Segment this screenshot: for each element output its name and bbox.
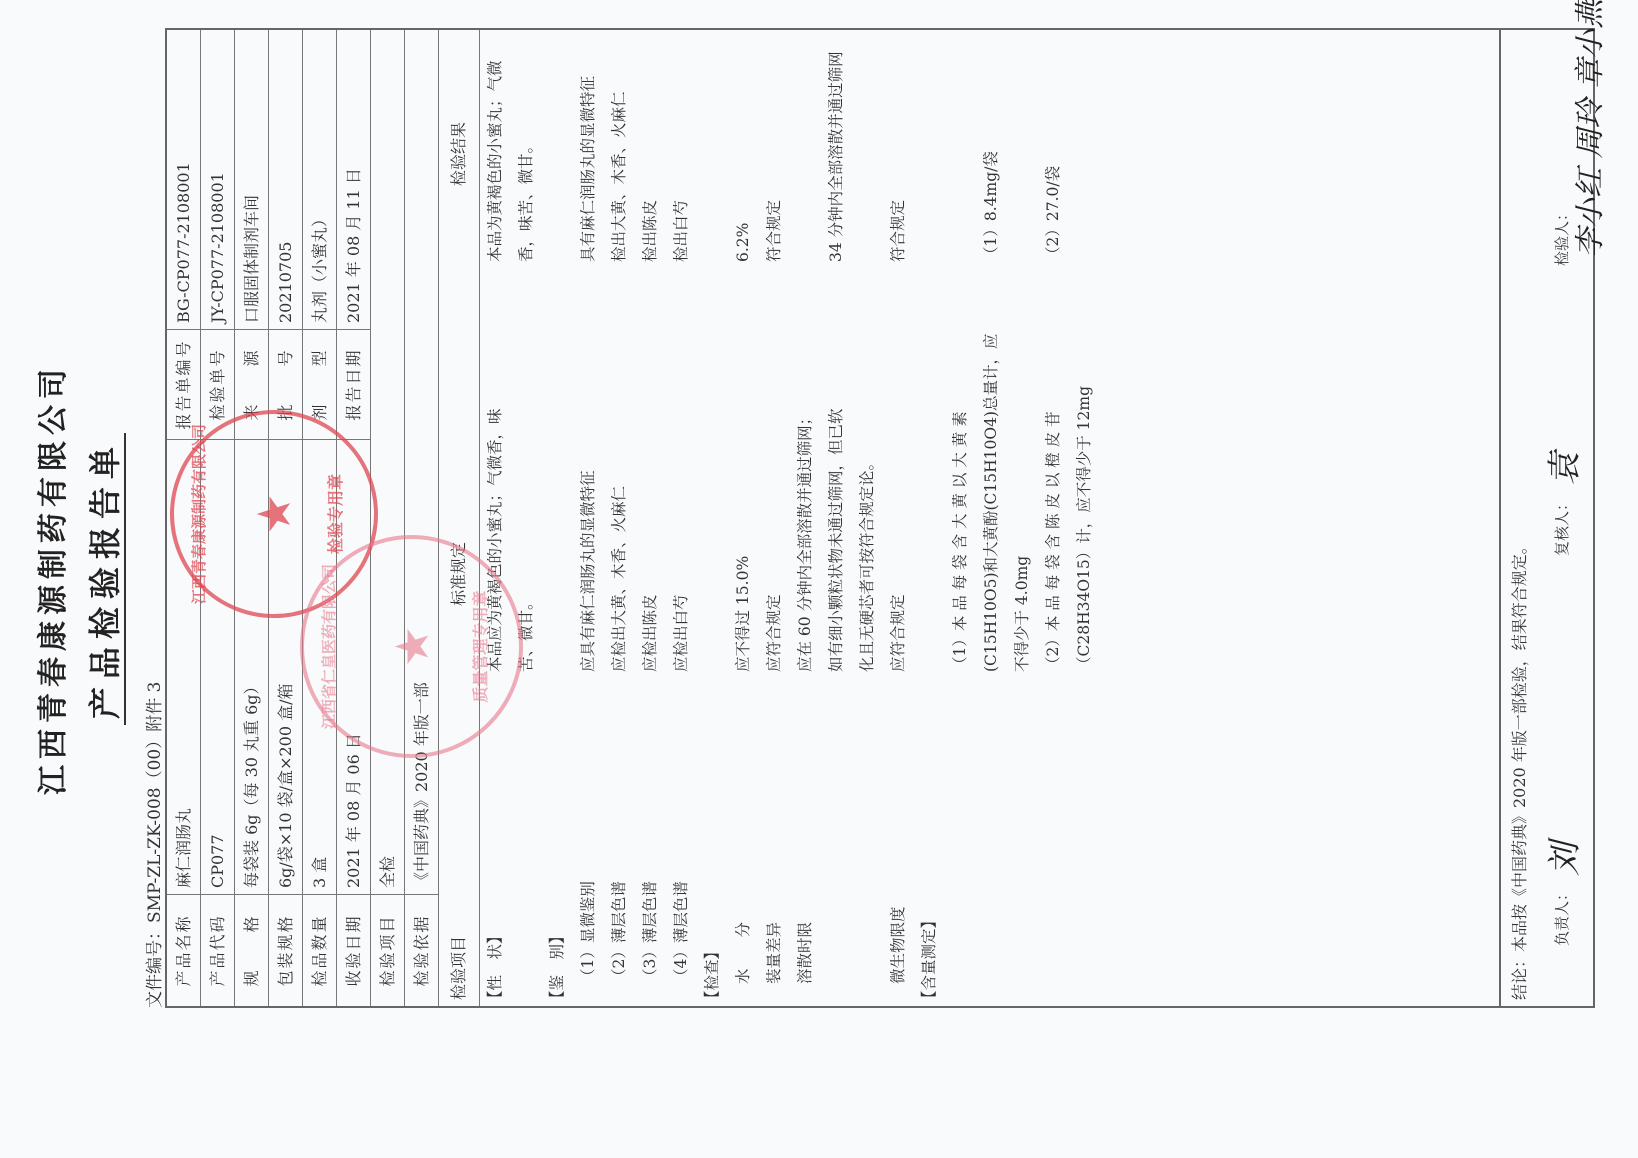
row-standard: （2）本 品 每 袋 含 陈 皮 以 橙 皮 苷: [1038, 266, 1069, 676]
header-label: 产品代码: [201, 894, 235, 1006]
row-result: [1069, 30, 1100, 266]
row-item: 【含量测定】: [914, 676, 945, 1006]
reviewer-label: 复核人：: [1551, 496, 1572, 556]
row-result: [1007, 30, 1038, 266]
table-row: (C15H10O5)和大黄酚(C15H10O4)总量计，应（1）8.4mg/袋: [976, 30, 1007, 1006]
table-row: 【含量测定】: [914, 30, 945, 1006]
row-result: 本品为黄褐色的小蜜丸；气微: [480, 30, 511, 266]
row-result: 香，味苦、微甘。: [511, 30, 542, 266]
row-result: （1）8.4mg/袋: [976, 30, 1007, 266]
column-result: 检验结果: [439, 30, 479, 266]
table-row: 水 分应不得过 15.0%6.2%: [728, 30, 759, 1006]
header-value: 麻仁润肠丸: [167, 439, 201, 894]
results-body: 【性 状】本品应为黄褐色的小蜜丸；气微香，味本品为黄褐色的小蜜丸；气微苦、微甘。…: [480, 30, 1100, 1006]
row-item: [1069, 676, 1100, 1006]
header-label: 规 格: [235, 894, 269, 1006]
inspection-items-value: 全检: [371, 30, 405, 894]
row-item: [945, 676, 976, 1006]
header-table: 产品名称麻仁润肠丸报告单编号BG-CP077-2108001产品代码CP077检…: [167, 30, 439, 1006]
header-value: 3 盒: [303, 439, 337, 894]
row-standard: [542, 266, 573, 676]
header-label: 来 源: [235, 329, 269, 439]
header-value: BG-CP077-2108001: [167, 30, 201, 329]
column-header-row: 检验项目 标准规定 检验结果: [439, 30, 480, 1006]
row-result: 检出白芍: [666, 30, 697, 266]
table-row: 溶散时限应在 60 分钟内全部溶散并通过筛网；: [790, 30, 821, 1006]
row-item: [1038, 676, 1069, 1006]
row-result: 具有麻仁润肠丸的显微特征: [573, 30, 604, 266]
inspection-basis-label: 检验依据: [405, 894, 439, 1006]
column-item: 检验项目: [439, 676, 479, 1006]
row-item: 【检查】: [697, 676, 728, 1006]
row-item: 装量差异: [759, 676, 790, 1006]
header-label: 批 号: [269, 329, 303, 439]
header-value: 2021 年 08 月 11 日: [337, 30, 371, 329]
table-row: 【鉴 别】: [542, 30, 573, 1006]
header-value: 6g/袋×10 袋/盒×200 盒/箱: [269, 439, 303, 894]
table-row: （2）薄层色谱应检出大黄、木香、火麻仁检出大黄、木香、火麻仁: [604, 30, 635, 1006]
table-row: （4）薄层色谱应检出白芍检出白芍: [666, 30, 697, 1006]
row-standard: 应不得过 15.0%: [728, 266, 759, 676]
row-item: 微生物限度: [883, 676, 914, 1006]
row-standard: (C15H10O5)和大黄酚(C15H10O4)总量计，应: [976, 266, 1007, 676]
row-standard: 本品应为黄褐色的小蜜丸；气微香，味: [480, 266, 511, 676]
header-value: JY-CP077-2108001: [201, 30, 235, 329]
header-label: 剂 型: [303, 329, 337, 439]
conclusion-text: 结论：本品按《中国药典》2020 年版一部检验，结果符合规定。: [1507, 538, 1530, 1000]
row-result: [852, 30, 883, 266]
row-item: （1）显微鉴别: [573, 676, 604, 1006]
header-label: 包装规格: [269, 894, 303, 1006]
inspection-basis-value: 《中国药典》2020 年版一部: [405, 30, 439, 894]
row-item: 溶散时限: [790, 676, 821, 1006]
row-result: 6.2%: [728, 30, 759, 266]
table-row: （1）本 品 每 袋 含 大 黄 以 大 黄 素: [945, 30, 976, 1006]
row-item: [976, 676, 1007, 1006]
row-result: [945, 30, 976, 266]
reviewer-signature: 袁: [1537, 452, 1586, 486]
row-standard: 如有细小颗粒状物未通过筛网，但已软: [821, 266, 852, 676]
row-result: [542, 30, 573, 266]
header-value: 口服固体制剂车间: [235, 30, 269, 329]
table-row: 微生物限度应符合规定符合规定: [883, 30, 914, 1006]
row-standard: 应符合规定: [759, 266, 790, 676]
table-row: 装量差异应符合规定符合规定: [759, 30, 790, 1006]
row-standard: 应检出白芍: [666, 266, 697, 676]
row-standard: 应检出大黄、木香、火麻仁: [604, 266, 635, 676]
row-result: 符合规定: [883, 30, 914, 266]
inspection-report-page: 江西青春康源制药有限公司 产品检验报告单 文件编号：SMP-ZL-ZK-008（…: [0, 0, 1638, 1158]
row-standard: （1）本 品 每 袋 含 大 黄 以 大 黄 素: [945, 266, 976, 676]
header-label: 收验日期: [337, 894, 371, 1006]
header-label: 报告单编号: [167, 329, 201, 439]
header-value: 20210705: [269, 30, 303, 329]
report-title: 产品检验报告单: [80, 0, 126, 1158]
company-name: 江西青春康源制药有限公司: [28, 0, 72, 1158]
row-result: [790, 30, 821, 266]
inspector-signature: 李小红 周玲 章小燕: [1565, 0, 1609, 258]
row-result: 检出大黄、木香、火麻仁: [604, 30, 635, 266]
report-title-text: 产品检验报告单: [86, 433, 126, 725]
row-item: （4）薄层色谱: [666, 676, 697, 1006]
responsible-label: 负责人：: [1551, 886, 1572, 946]
header-value: CP077: [201, 439, 235, 894]
row-item: 【性 状】: [480, 676, 511, 1006]
row-standard: [914, 266, 945, 676]
row-result: [914, 30, 945, 266]
table-row: （1）显微鉴别应具有麻仁润肠丸的显微特征具有麻仁润肠丸的显微特征: [573, 30, 604, 1006]
table-row: 化且无硬芯者可按符合规定论。: [852, 30, 883, 1006]
row-item: 水 分: [728, 676, 759, 1006]
row-standard: [697, 266, 728, 676]
row-standard: （C28H34O15）计，应不得少于 12mg: [1069, 266, 1100, 676]
row-standard: 不得少于 4.0mg: [1007, 266, 1038, 676]
row-item: [1007, 676, 1038, 1006]
row-standard: 苦、微甘。: [511, 266, 542, 676]
row-item: 【鉴 别】: [542, 676, 573, 1006]
header-value: 每袋装 6g（每 30 丸重 6g）: [235, 439, 269, 894]
row-standard: 应符合规定: [883, 266, 914, 676]
table-row: （C28H34O15）计，应不得少于 12mg: [1069, 30, 1100, 1006]
header-label: 报告日期: [337, 329, 371, 439]
row-result: [697, 30, 728, 266]
row-result: 34 分钟内全部溶散并通过筛网: [821, 30, 852, 266]
table-row: 不得少于 4.0mg: [1007, 30, 1038, 1006]
row-item: （3）薄层色谱: [635, 676, 666, 1006]
document-number: 文件编号：SMP-ZL-ZK-008（00）附件 3: [140, 682, 165, 1008]
row-result: 符合规定: [759, 30, 790, 266]
table-row: 【性 状】本品应为黄褐色的小蜜丸；气微香，味本品为黄褐色的小蜜丸；气微: [480, 30, 511, 1006]
report-frame: 产品名称麻仁润肠丸报告单编号BG-CP077-2108001产品代码CP077检…: [165, 28, 1595, 1008]
header-value: 2021 年 08 月 06 日: [337, 439, 371, 894]
responsible-signature: 刘: [1537, 842, 1586, 876]
table-row: （3）薄层色谱应检出陈皮检出陈皮: [635, 30, 666, 1006]
row-standard: 化且无硬芯者可按符合规定论。: [852, 266, 883, 676]
row-standard: 应具有麻仁润肠丸的显微特征: [573, 266, 604, 676]
row-standard: 应检出陈皮: [635, 266, 666, 676]
row-item: [821, 676, 852, 1006]
inspection-items-label: 检验项目: [371, 894, 405, 1006]
column-standard: 标准规定: [439, 266, 479, 676]
table-row: 如有细小颗粒状物未通过筛网，但已软34 分钟内全部溶散并通过筛网: [821, 30, 852, 1006]
table-row: 苦、微甘。香，味苦、微甘。: [511, 30, 542, 1006]
header-label: 检品数量: [303, 894, 337, 1006]
table-row: 【检查】: [697, 30, 728, 1006]
row-result: （2）27.0/袋: [1038, 30, 1069, 266]
row-item: （2）薄层色谱: [604, 676, 635, 1006]
row-result: 检出陈皮: [635, 30, 666, 266]
header-label: 检验单号: [201, 329, 235, 439]
table-row: （2）本 品 每 袋 含 陈 皮 以 橙 皮 苷（2）27.0/袋: [1038, 30, 1069, 1006]
header-label: 产品名称: [167, 894, 201, 1006]
row-item: [511, 676, 542, 1006]
row-item: [852, 676, 883, 1006]
header-value: 丸剂（小蜜丸）: [303, 30, 337, 329]
row-standard: 应在 60 分钟内全部溶散并通过筛网；: [790, 266, 821, 676]
